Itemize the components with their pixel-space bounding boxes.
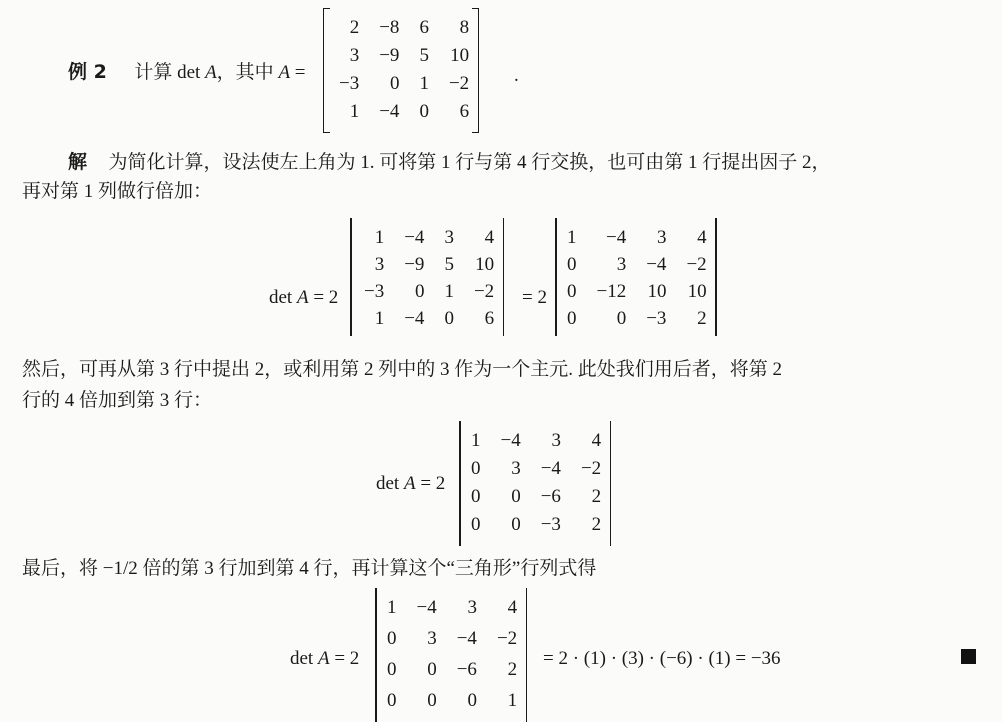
period: . bbox=[514, 64, 519, 88]
para2-line2: 行的 4 倍加到第 3 行： bbox=[22, 389, 212, 413]
matrix-cell: 6 bbox=[409, 14, 439, 42]
det-bar-right bbox=[503, 218, 505, 336]
matrix-cell: 0 bbox=[557, 305, 587, 332]
matrix-cell: 0 bbox=[461, 455, 491, 483]
matrix-cell: 1 bbox=[354, 224, 394, 251]
matrix-cell: −3 bbox=[354, 278, 394, 305]
matrix-cell: 0 bbox=[557, 251, 587, 278]
matrix-row: 00−62 bbox=[377, 654, 527, 685]
matrix-cell: 3 bbox=[636, 224, 676, 251]
matrix-cell: 2 bbox=[329, 14, 369, 42]
matrix-cell: −8 bbox=[369, 14, 409, 42]
matrix-cell: −4 bbox=[587, 224, 637, 251]
matrix-cell: −3 bbox=[329, 70, 369, 98]
det-label: det bbox=[376, 473, 404, 494]
matrix-row: 03−4−2 bbox=[461, 455, 611, 483]
matrix-cell: 2 bbox=[571, 511, 611, 539]
matrix-cell: 0 bbox=[377, 623, 407, 654]
matrix-cell: 2 bbox=[676, 305, 716, 332]
matrix-cell: 4 bbox=[464, 224, 504, 251]
matrix-cell: −2 bbox=[487, 623, 527, 654]
equals-sign: = bbox=[290, 62, 305, 83]
matrix-cell: −4 bbox=[394, 305, 434, 332]
matrix-row: 0−121010 bbox=[557, 278, 717, 305]
matrix-row: 3−9510 bbox=[329, 42, 479, 70]
matrix-cell: 3 bbox=[329, 42, 369, 70]
det-coef: = 2 bbox=[330, 648, 360, 669]
matrix-cell: −9 bbox=[369, 42, 409, 70]
qed-square-icon bbox=[961, 649, 976, 664]
matrix-row: 1−434 bbox=[557, 224, 717, 251]
step2-lhs: det A = 2 bbox=[376, 473, 445, 495]
step3-determinant: 1−43403−4−200−620001 bbox=[375, 588, 527, 722]
para1-text: 为简化计算，设法使左上角为 1. 可将第 1 行与第 4 行交换，也可由第 1 … bbox=[109, 152, 831, 173]
matrix-cell: 0 bbox=[491, 483, 531, 511]
matrix-cell: 0 bbox=[407, 654, 447, 685]
det-bar-right bbox=[610, 421, 612, 546]
matrix-row: 1−434 bbox=[461, 427, 611, 455]
det-coef: = 2 bbox=[309, 287, 339, 308]
matrix-cell: 0 bbox=[557, 278, 587, 305]
step1-lhs: det A = 2 bbox=[269, 287, 338, 309]
step1-mid: = 2 bbox=[522, 287, 547, 309]
matrix-cell: −6 bbox=[531, 483, 571, 511]
matrix-cell: −4 bbox=[407, 592, 447, 623]
det-bar-right bbox=[526, 588, 528, 722]
matrix-row: −301−2 bbox=[354, 278, 504, 305]
solution-para1-line1: 解 为简化计算，设法使左上角为 1. 可将第 1 行与第 4 行交换，也可由第 … bbox=[68, 150, 831, 175]
matrix-cell: 2 bbox=[571, 483, 611, 511]
matrix-row: 2−868 bbox=[329, 14, 479, 42]
matrix-cell: 2 bbox=[487, 654, 527, 685]
matrix-cell: 0 bbox=[461, 511, 491, 539]
matrix-cell: −4 bbox=[394, 224, 434, 251]
matrix-cell: 0 bbox=[369, 70, 409, 98]
solution-label: 解 bbox=[68, 151, 87, 173]
example-label: 例 2 bbox=[68, 61, 107, 83]
matrix-cell: 10 bbox=[676, 278, 716, 305]
matrix-cell: 1 bbox=[487, 685, 527, 716]
matrix-cell: 4 bbox=[676, 224, 716, 251]
solution-para1-line2: 再对第 1 列做行倍加： bbox=[22, 180, 212, 204]
step2-matrix: 1−43403−4−200−6200−32 bbox=[461, 427, 611, 539]
matrix-cell: −4 bbox=[531, 455, 571, 483]
matrix-cell: −2 bbox=[676, 251, 716, 278]
matrix-cell: 3 bbox=[587, 251, 637, 278]
det-var: A bbox=[404, 473, 416, 494]
matrix-cell: −12 bbox=[587, 278, 637, 305]
matrix-cell: 3 bbox=[407, 623, 447, 654]
matrix-cell: 3 bbox=[354, 251, 394, 278]
matrix-row: 00−32 bbox=[557, 305, 717, 332]
matrix-cell: 6 bbox=[464, 305, 504, 332]
step1-determinant-a: 1−4343−9510−301−21−406 bbox=[350, 218, 504, 336]
matrix-cell: 3 bbox=[531, 427, 571, 455]
matrix-cell: 1 bbox=[461, 427, 491, 455]
matrix-row: 0001 bbox=[377, 685, 527, 716]
step3-lhs: det A = 2 bbox=[290, 648, 359, 670]
matrix-row: 1−434 bbox=[377, 592, 527, 623]
example-prompt-mid: ，其中 bbox=[217, 62, 279, 83]
det-coef: = 2 bbox=[416, 473, 446, 494]
matrix-A: 2−8683−9510−301−21−406 bbox=[323, 8, 479, 133]
matrix-cell: 1 bbox=[377, 592, 407, 623]
right-bracket bbox=[472, 8, 479, 133]
matrix-cell: 0 bbox=[407, 685, 447, 716]
matrix-cell: −6 bbox=[447, 654, 487, 685]
matrix-cell: 1 bbox=[409, 70, 439, 98]
step2-determinant: 1−43403−4−200−6200−32 bbox=[459, 421, 611, 546]
det-var: A bbox=[297, 287, 309, 308]
det-bar-left bbox=[350, 218, 352, 336]
matrix-cell: 1 bbox=[329, 98, 369, 126]
step1-determinant-b: 1−43403−4−20−12101000−32 bbox=[555, 218, 717, 336]
det-label: det bbox=[269, 287, 297, 308]
det-bar-left bbox=[375, 588, 377, 722]
matrix-cell: −3 bbox=[636, 305, 676, 332]
example-var: A bbox=[205, 62, 217, 83]
matrix-cell: −4 bbox=[447, 623, 487, 654]
matrix-cell: −4 bbox=[369, 98, 409, 126]
matrix-cell: 0 bbox=[377, 654, 407, 685]
matrix-cell: 0 bbox=[409, 98, 439, 126]
example-prompt: 计算 det bbox=[134, 62, 205, 83]
step3-matrix: 1−43403−4−200−620001 bbox=[377, 592, 527, 716]
det-bar-right bbox=[715, 218, 717, 336]
matrix-cell: 4 bbox=[571, 427, 611, 455]
matrix-row: 1−434 bbox=[354, 224, 504, 251]
det-bar-left bbox=[555, 218, 557, 336]
matrix-cell: 1 bbox=[557, 224, 587, 251]
left-bracket bbox=[323, 8, 330, 133]
matrix-cell: 0 bbox=[447, 685, 487, 716]
matrix-row: 00−32 bbox=[461, 511, 611, 539]
matrix-cell: −4 bbox=[491, 427, 531, 455]
det-bar-left bbox=[459, 421, 461, 546]
para3: 最后，将 −1/2 倍的第 3 行加到第 4 行，再计算这个“三角形”行列式得 bbox=[22, 557, 596, 581]
matrix-cell: 0 bbox=[377, 685, 407, 716]
matrix-row: 03−4−2 bbox=[377, 623, 527, 654]
matrix-cell: 5 bbox=[434, 251, 464, 278]
matrix-cell: 3 bbox=[491, 455, 531, 483]
matrix-cell: 3 bbox=[447, 592, 487, 623]
matrix-cell: 10 bbox=[464, 251, 504, 278]
matrix-cell: 4 bbox=[487, 592, 527, 623]
matrix-row: −301−2 bbox=[329, 70, 479, 98]
matrix-name: A bbox=[278, 62, 290, 83]
matrix-cell: 0 bbox=[491, 511, 531, 539]
matrix-cell: 0 bbox=[434, 305, 464, 332]
para2-line1: 然后，可再从第 3 行中提出 2，或利用第 2 列中的 3 作为一个主元. 此处… bbox=[22, 358, 782, 382]
matrix-cell: 1 bbox=[354, 305, 394, 332]
matrix-row: 03−4−2 bbox=[557, 251, 717, 278]
matrix-row: 00−62 bbox=[461, 483, 611, 511]
matrix-cell: 0 bbox=[587, 305, 637, 332]
matrix-cell: 0 bbox=[461, 483, 491, 511]
matrix-cell: 1 bbox=[434, 278, 464, 305]
det-var: A bbox=[318, 648, 330, 669]
step3-result: = 2 · (1) · (3) · (−6) · (1) = −36 bbox=[543, 648, 781, 670]
matrix-cell: −2 bbox=[464, 278, 504, 305]
matrix-cell: −4 bbox=[636, 251, 676, 278]
matrix-row: 1−406 bbox=[354, 305, 504, 332]
matrix-cell: −2 bbox=[571, 455, 611, 483]
matrix-row: 1−406 bbox=[329, 98, 479, 126]
matrix-cell: 5 bbox=[409, 42, 439, 70]
matrix-row: 3−9510 bbox=[354, 251, 504, 278]
step1-matrix-b: 1−43403−4−20−12101000−32 bbox=[557, 224, 717, 332]
matrix-cell: −9 bbox=[394, 251, 434, 278]
example-statement: 例 2 计算 det A，其中 A = bbox=[68, 60, 306, 85]
matrix-A-table: 2−8683−9510−301−21−406 bbox=[329, 14, 479, 126]
matrix-cell: −3 bbox=[531, 511, 571, 539]
step1-matrix-a: 1−4343−9510−301−21−406 bbox=[354, 224, 504, 332]
matrix-cell: 0 bbox=[394, 278, 434, 305]
det-label: det bbox=[290, 648, 318, 669]
matrix-cell: 10 bbox=[636, 278, 676, 305]
matrix-cell: 3 bbox=[434, 224, 464, 251]
